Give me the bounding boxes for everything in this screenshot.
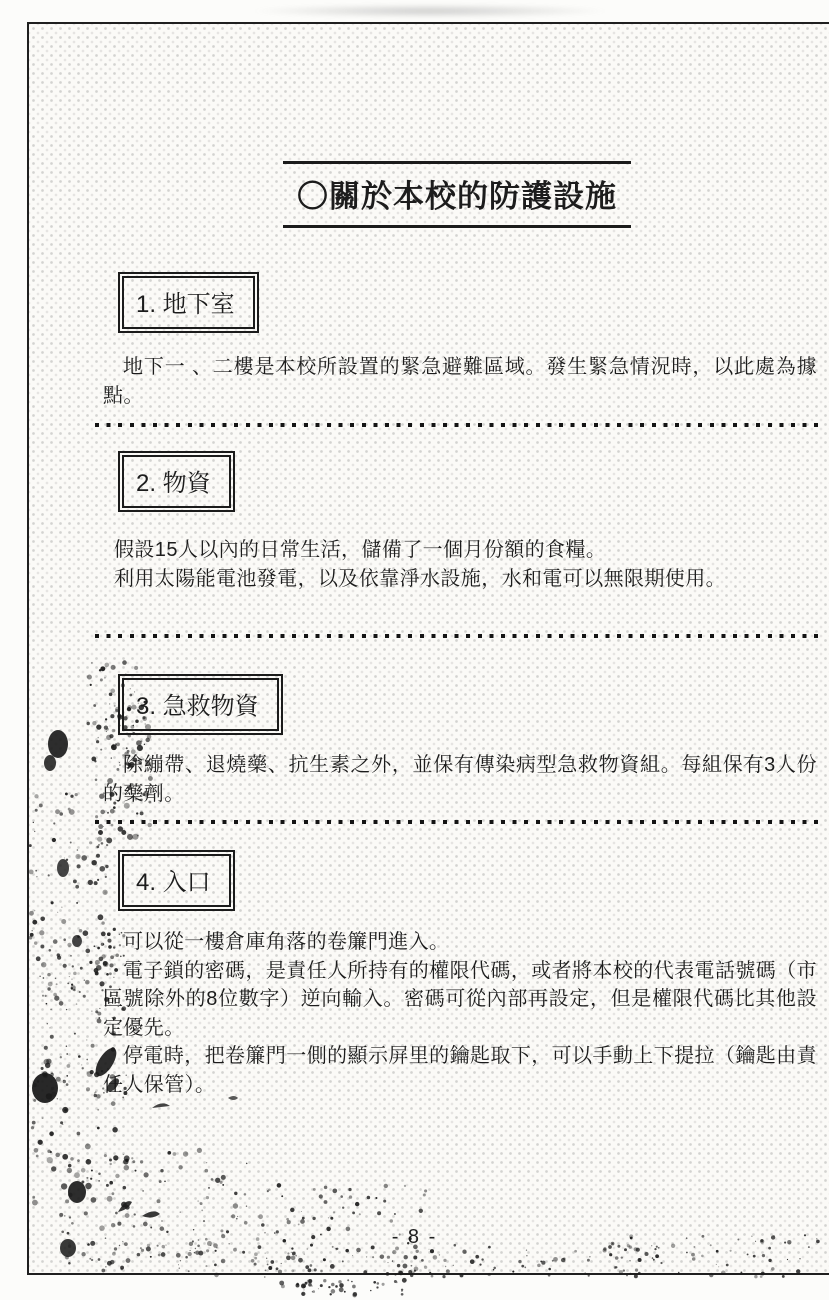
scan-smudge: [250, 4, 610, 18]
section-heading-basement: 1. 地下室: [118, 272, 259, 333]
section-body-first-aid: 除繃帶、退燒藥、抗生素之外，並保有傳染病型急救物資組。每組保有3人份的藥劑。: [103, 751, 817, 808]
page-title: 〇關於本校的防護設施: [283, 171, 631, 216]
dotted-separator: [95, 820, 822, 824]
paragraph: 地下一 、二樓是本校所設置的緊急避難區域。發生緊急情況時，以此處為據點。: [103, 353, 817, 410]
section-heading-supplies: 2. 物資: [118, 451, 235, 512]
section-heading-label: 4. 入口: [122, 854, 231, 907]
dotted-separator: [95, 423, 822, 427]
heading-box-outer: 2. 物資: [118, 451, 235, 512]
paragraph: 可以從一樓倉庫角落的卷簾門進入。: [103, 928, 817, 957]
section-heading-entrance: 4. 入口: [118, 850, 235, 911]
paragraph: 停電時，把卷簾門一側的顯示屏里的鑰匙取下，可以手動上下提拉（鑰匙由責任人保管）。: [103, 1042, 817, 1099]
section-body-basement: 地下一 、二樓是本校所設置的緊急避難區域。發生緊急情況時，以此處為據點。: [103, 353, 817, 410]
paragraph: 利用太陽能電池發電，以及依靠淨水設施，水和電可以無限期使用。: [114, 565, 817, 594]
section-body-entrance: 可以從一樓倉庫角落的卷簾門進入。 電子鎖的密碼，是責任人所持有的權限代碼，或者將…: [103, 928, 817, 1099]
heading-box-outer: 3. 急救物資: [118, 674, 283, 735]
page-number: - 8 -: [0, 1226, 829, 1249]
paragraph: 除繃帶、退燒藥、抗生素之外，並保有傳染病型急救物資組。每組保有3人份的藥劑。: [103, 751, 817, 808]
paragraph: 假設15人以內的日常生活，儲備了一個月份額的食糧。: [114, 536, 817, 565]
section-heading-label: 2. 物資: [122, 455, 231, 508]
page-title-block: 〇關於本校的防護設施: [283, 161, 631, 228]
section-body-supplies: 假設15人以內的日常生活，儲備了一個月份額的食糧。 利用太陽能電池發電，以及依靠…: [114, 536, 817, 593]
dotted-separator: [95, 634, 822, 638]
heading-box-outer: 4. 入口: [118, 850, 235, 911]
scanned-document-page: 〇關於本校的防護設施 1. 地下室 地下一 、二樓是本校所設置的緊急避難區域。發…: [0, 0, 829, 1300]
section-heading-label: 1. 地下室: [122, 276, 255, 329]
heading-box-outer: 1. 地下室: [118, 272, 259, 333]
section-heading-first-aid: 3. 急救物資: [118, 674, 283, 735]
paragraph: 電子鎖的密碼，是責任人所持有的權限代碼，或者將本校的代表電話號碼（市區號除外的8…: [103, 957, 817, 1043]
section-heading-label: 3. 急救物資: [122, 678, 279, 731]
